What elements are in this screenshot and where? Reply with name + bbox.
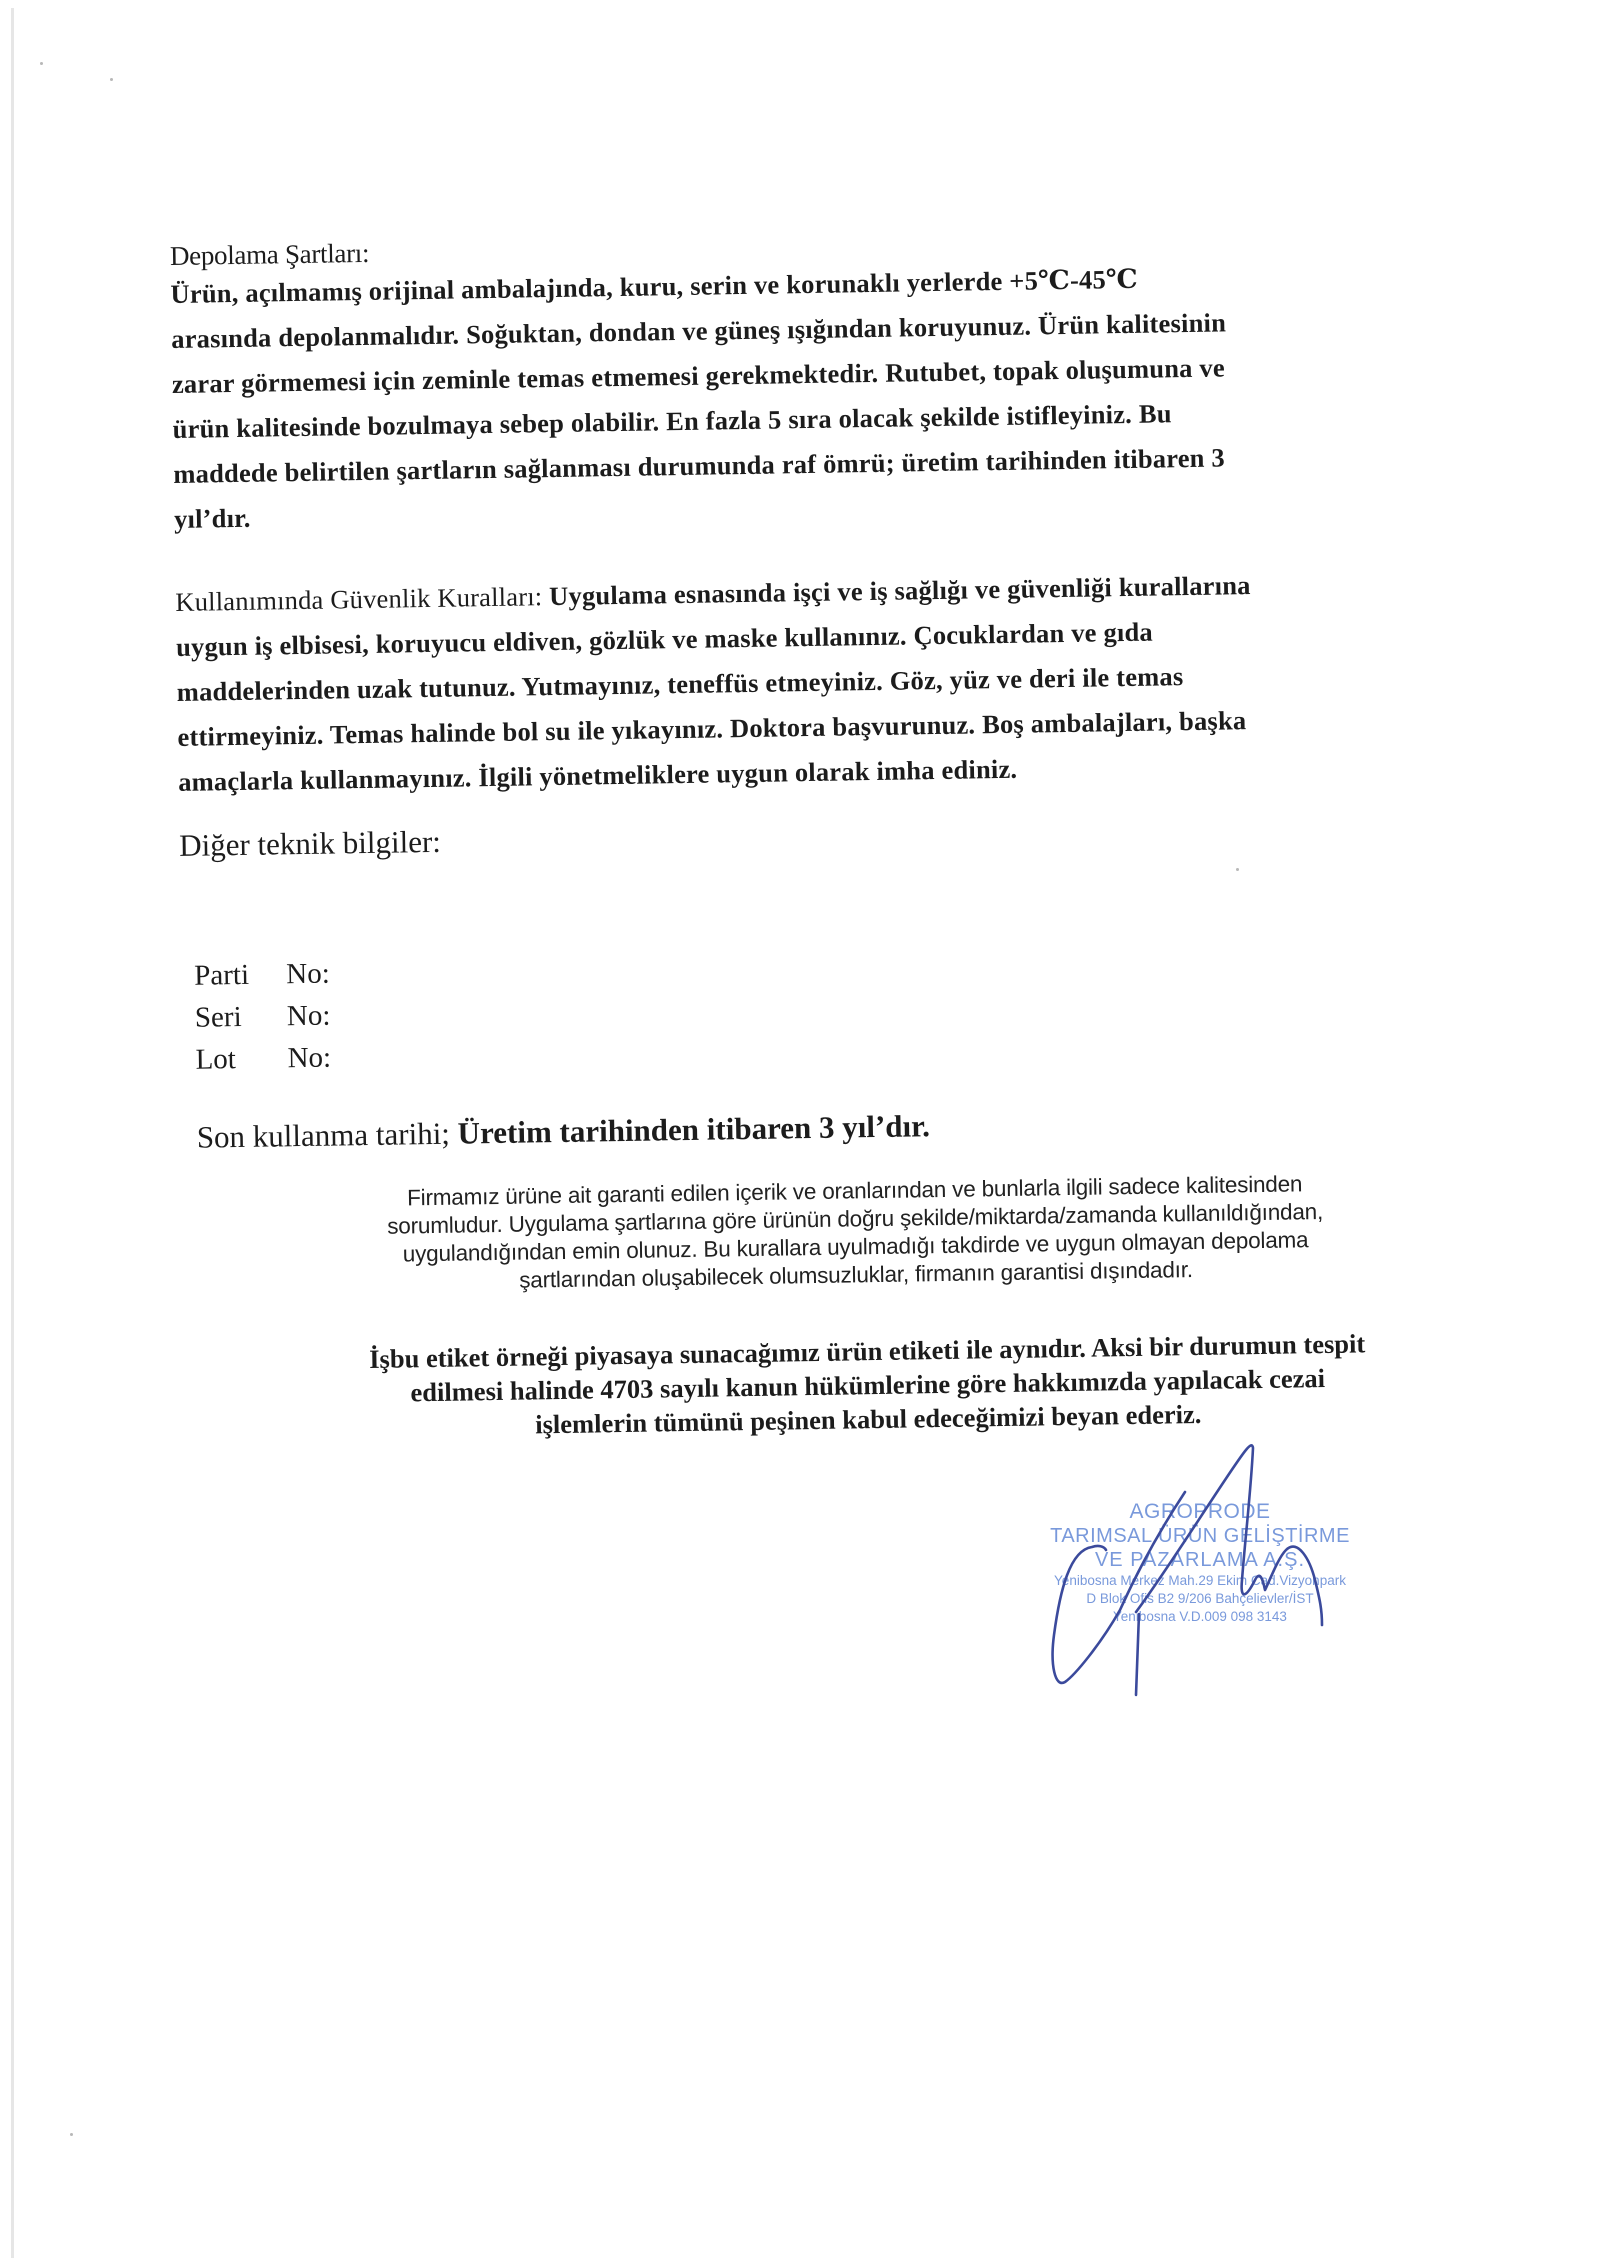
parti-no-row: PartiNo: <box>194 953 330 997</box>
lot-suffix: No: <box>287 1037 331 1080</box>
seri-label: Seri <box>195 995 288 1038</box>
expiry-value: Üretim tarihinden itibaren 3 yıl’dır. <box>457 1108 930 1150</box>
safety-paragraph: Kullanımında Güvenlik Kuralları: Uygulam… <box>175 561 1378 805</box>
document-page: Depolama Şartları: Ürün, açılmamış oriji… <box>0 0 1600 2262</box>
safety-line: Uygulama esnasında işçi ve iş sağlığı ve… <box>542 570 1251 611</box>
expiry-label: Son kullanma tarihi; <box>197 1116 458 1155</box>
other-info-heading: Diğer teknik bilgiler: <box>179 809 1369 864</box>
parti-suffix: No: <box>286 953 330 996</box>
signature-icon <box>1020 1430 1360 1700</box>
identifier-fields: PartiNo: SeriNo: LotNo: <box>194 953 331 1081</box>
storage-paragraph: Ürün, açılmamış orijinal ambalajında, ku… <box>170 253 1364 542</box>
safety-heading: Kullanımında Güvenlik Kuralları: <box>175 581 542 617</box>
seri-suffix: No: <box>287 995 331 1038</box>
warranty-disclaimer: Firmamız ürüne ait garanti edilen içerik… <box>305 1169 1407 1298</box>
parti-label: Parti <box>194 953 287 996</box>
lot-label: Lot <box>195 1037 288 1080</box>
seri-no-row: SeriNo: <box>195 995 331 1039</box>
lot-no-row: LotNo: <box>195 1037 331 1081</box>
declaration-statement: İşbu etiket örneği piyasaya sunacağımız … <box>297 1325 1438 1445</box>
expiry-line: Son kullanma tarihi; Üretim tarihinden i… <box>197 1108 931 1156</box>
